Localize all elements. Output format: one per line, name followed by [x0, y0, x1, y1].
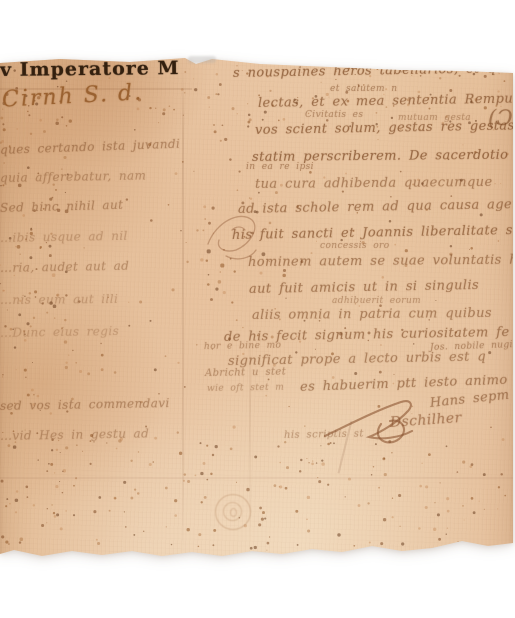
marginalia-note: Abricht u stet [205, 367, 286, 379]
handwriting-line-left: ques certando ista juvandi [0, 137, 180, 157]
manuscript-photo: v Imperatore M Cirnh S. d. ques certando… [0, 0, 515, 618]
handwriting-line-left: …ibis usque ad nil [0, 229, 128, 245]
handwriting-line-right: aut fuit amicis ut in si singulis [249, 278, 479, 297]
handwriting-line-right: tua cura adhibenda quaecumque [255, 175, 493, 192]
blackletter-heading: v Imperatore M [0, 57, 180, 81]
handwriting-line-left: …vid Hes in gestu ad [0, 426, 149, 443]
signature-name-upper: Hans sepm [429, 388, 510, 411]
handwriting-line-left: sed vos ista commendavi [0, 396, 170, 413]
handwriting-line-right: ad ista schole rem ad qua causa agendis [238, 197, 515, 217]
handwriting-line-left: …nis eum aut illi [0, 292, 118, 307]
circular-stamp-watermark [215, 494, 251, 530]
marginalia-note: wie oft stet m [207, 383, 284, 394]
manuscript-paper: v Imperatore M Cirnh S. d. ques certando… [0, 0, 513, 618]
marginalia-note: in ea re ipsi [246, 162, 314, 172]
handwriting-line-right: aliis omnia in patria cum quibus [252, 306, 492, 323]
handwriting-line-right: vos scient solum, gestas res gestas vob [255, 118, 515, 138]
vertical-fold-crease [182, 66, 184, 554]
handwriting-line-left: …Dunc eius regis [0, 324, 119, 340]
marginalia-note: hor e bine mo [204, 341, 282, 352]
marginalia-note: mutuam gesta [398, 113, 471, 123]
marginalia-note: (Ɔ [488, 106, 513, 130]
marginalia-note: Civitatis es [305, 110, 363, 120]
marginalia-note: adhibuerit eorum [332, 296, 421, 306]
handwriting-line-right: his fuit sancti et Joannis liberalitate … [232, 223, 513, 243]
foxing-speckles [0, 0, 1, 1]
handwriting-line-left: Sed hinc nihil aut [0, 198, 123, 215]
marginalia-note: his scriptis st [284, 429, 364, 441]
paper-shadow: v Imperatore M Cirnh S. d. ques certando… [0, 0, 515, 618]
handwriting-line-right: s nouspaines heros tabellarios, et quoni… [233, 60, 515, 81]
marginalia-note: et salutem n [330, 84, 397, 94]
top-edge-tear-notch [188, 56, 216, 63]
marginalia-note: Jos. nobile nugis s [430, 340, 515, 353]
handwriting-line-left: quia afferebatur, nam [0, 168, 146, 185]
handwriting-line-right: hominem autem se suae voluntatis h [248, 253, 515, 270]
salutation-line: Cirnh S. d. [1, 80, 143, 112]
horizontal-crease-2 [0, 477, 513, 479]
marginalia-note: concessis oro [320, 241, 390, 251]
handwriting-line-left: …ria, audet aut ad [0, 259, 129, 275]
signature-name-lower: Dschilher [389, 410, 462, 431]
